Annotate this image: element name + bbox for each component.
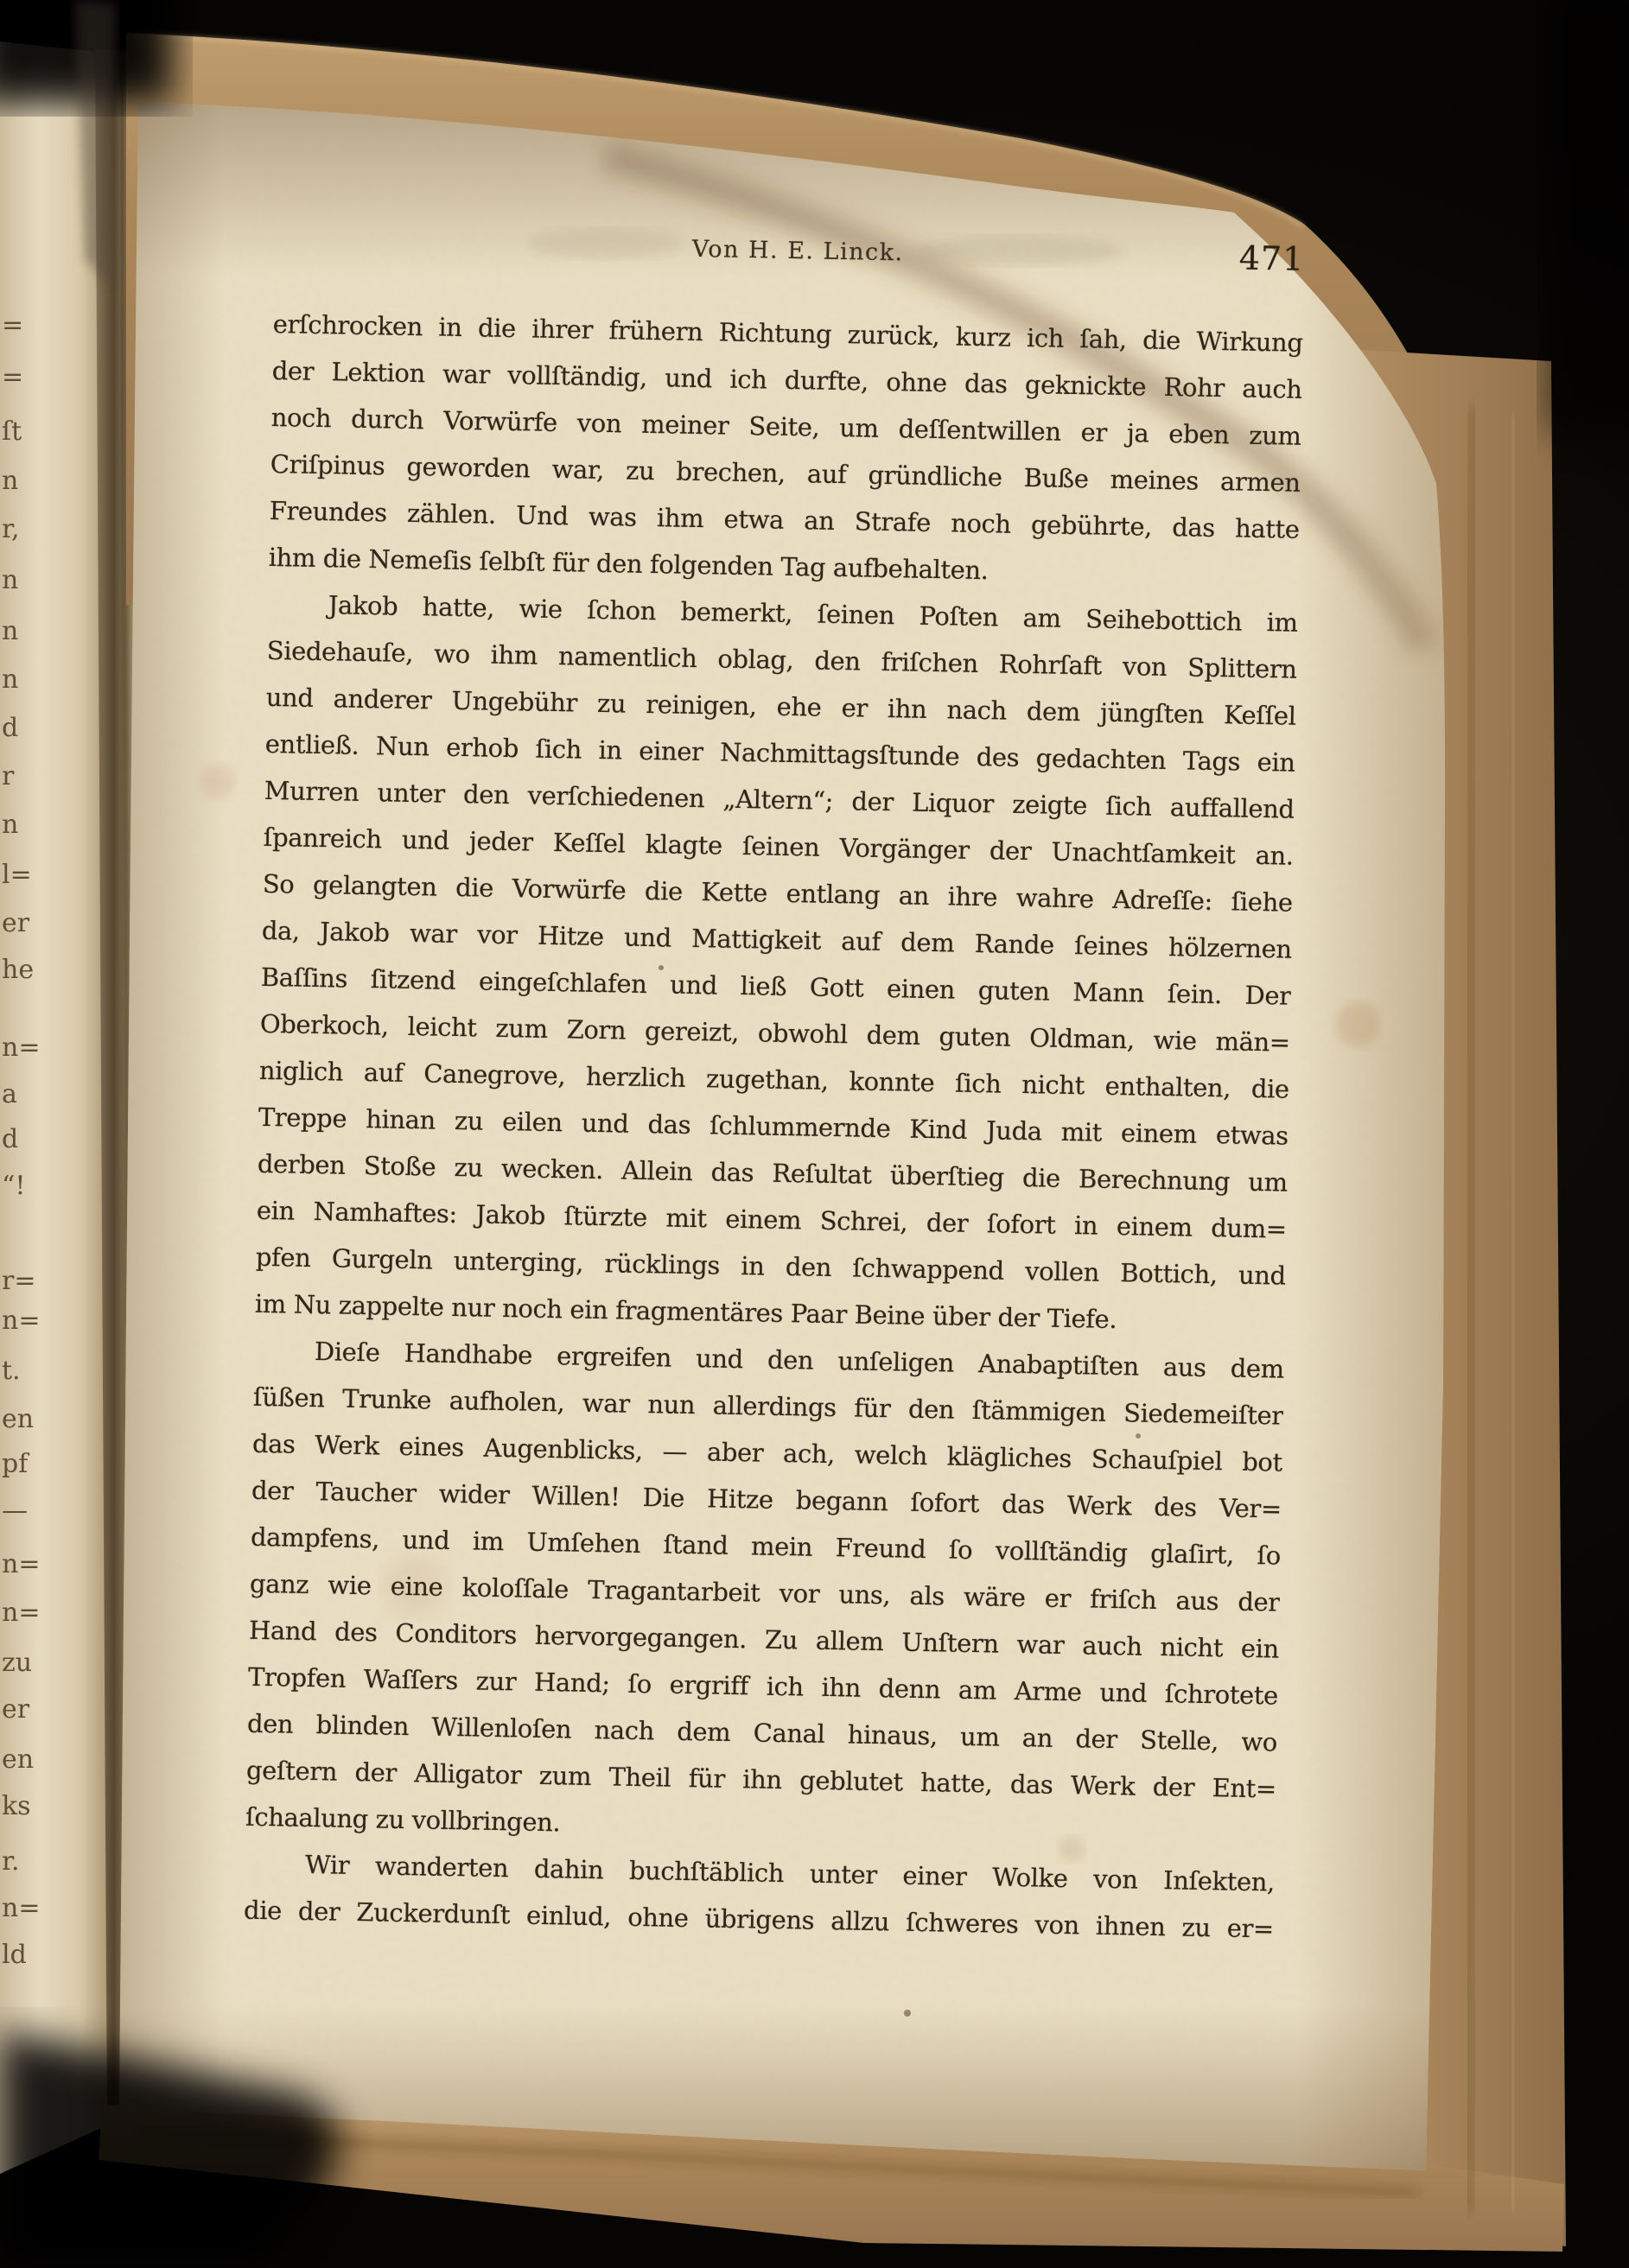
book-page-scan: ==ſtnr,nnndrnl=erhen=ad“!r=n=t.enpf—n=n=… — [0, 0, 1629, 2268]
body-text: erſchrocken in die ihrer frühern Richtun… — [244, 301, 1303, 1953]
left-page-edge — [0, 41, 111, 2174]
running-title: Von H. E. Linck. — [691, 236, 903, 266]
page-content: Von H. E. Linck. 471 erſchrocken in die … — [244, 218, 1305, 1953]
page-number: 471 — [1238, 238, 1304, 277]
